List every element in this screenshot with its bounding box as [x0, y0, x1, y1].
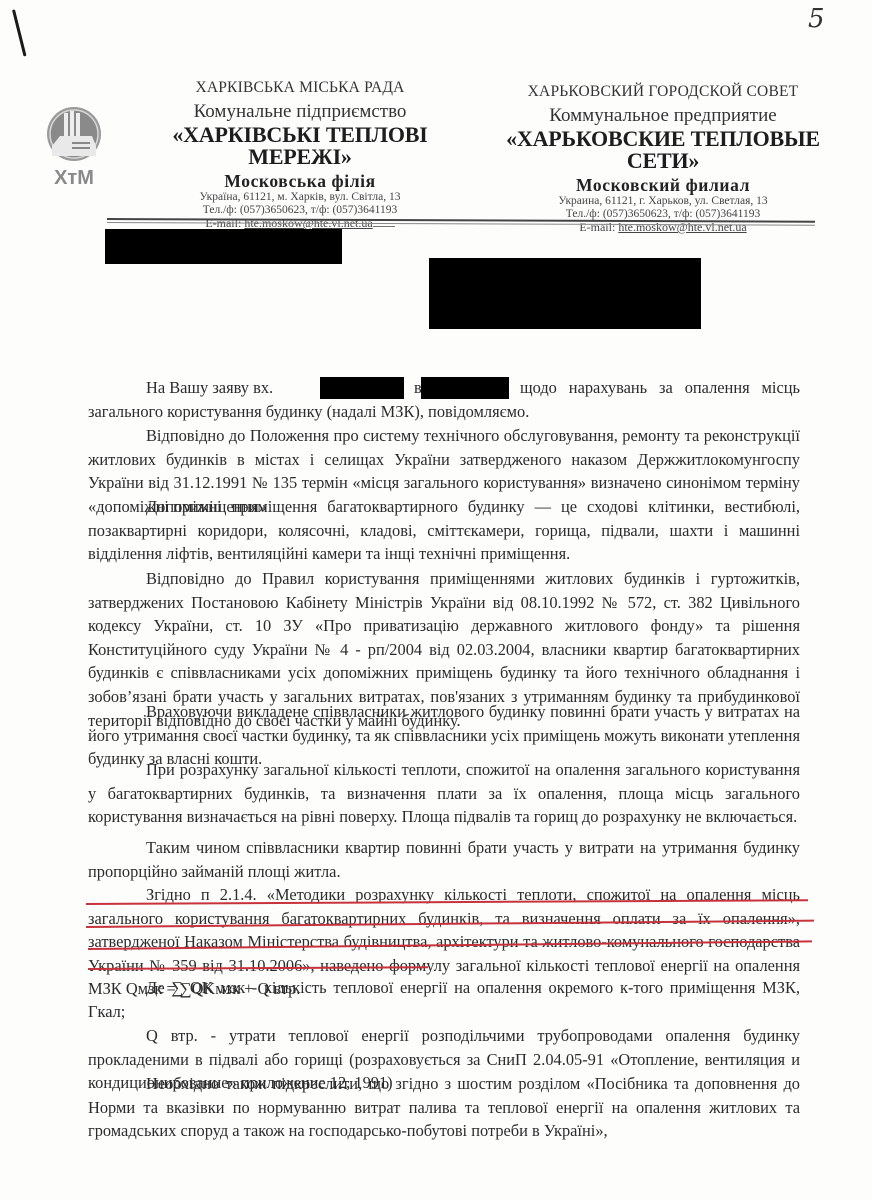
council-name: ХАРЬКОВСКИЙ ГОРОДСКОЙ СОВЕТ [478, 84, 848, 100]
company-logo: ХтМ [42, 106, 106, 190]
paragraph-6: При розрахунку загальної кількості тепло… [88, 758, 800, 829]
org-type: Коммунальное предприятие [478, 106, 848, 125]
phones: Тел./ф: (057)3650623, т/ф: (057)3641193 [140, 205, 460, 217]
paragraph-7: Таким чином співвласники квартир повинні… [88, 836, 800, 883]
pen-mark [12, 9, 27, 56]
factory-chimney-icon: ХтМ [42, 106, 106, 190]
redacted-block-address [429, 258, 701, 329]
org-type: Комунальне підприємство [140, 102, 460, 121]
branch-name: Московский филиал [478, 177, 848, 195]
org-name: «ХАРЬКОВСКИЕ ТЕПЛОВЫЕ СЕТИ» [478, 128, 848, 172]
paragraph-3: Допоміжні приміщення багатоквартирного б… [88, 495, 800, 566]
paragraph-intro: На Вашу заяву вх. від щодо нарахувань за… [88, 376, 800, 423]
redacted-incoming-number [320, 377, 404, 399]
redacted-date [421, 377, 509, 399]
letterhead-ukrainian: ХАРКІВСЬКА МІСЬКА РАДА Комунальне підпри… [140, 80, 460, 229]
redacted-block-recipient [105, 229, 342, 264]
letterhead-russian: ХАРЬКОВСКИЙ ГОРОДСКОЙ СОВЕТ Коммунальное… [478, 84, 848, 233]
paragraph-9: Де ∑ QK мзк - кількість теплової енергії… [88, 976, 800, 1023]
paragraph-11: Необхідно також підкреслити, що згідно з… [88, 1072, 800, 1143]
logo-text: ХтМ [54, 167, 94, 189]
council-name: ХАРКІВСЬКА МІСЬКА РАДА [140, 80, 460, 96]
phones: Тел./ф: (057)3650623, т/ф: (057)3641193 [478, 209, 848, 221]
branch-name: Московська філія [140, 173, 460, 191]
handwritten-page-number: 5 [808, 4, 825, 34]
org-name: «ХАРКІВСЬКІ ТЕПЛОВІ МЕРЕЖІ» [140, 124, 460, 168]
address: Украина, 61121, г. Харьков, ул. Светлая,… [478, 196, 848, 208]
address: Україна, 61121, м. Харків, вул. Світла, … [140, 192, 460, 204]
